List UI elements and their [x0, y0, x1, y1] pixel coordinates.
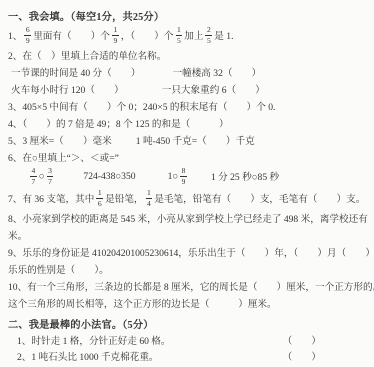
fraction: 19 — [112, 26, 119, 44]
question-3: 3、405×5 中间有（ ）个 0；240×5 的积末尾有（ ）个 0. — [8, 97, 372, 114]
question-10-line-2: 这个三角形的周长相等，这个正方形的边长是（ ）厘米。 — [8, 294, 372, 311]
question-text: 一只大象重约 6（ ） — [162, 82, 265, 96]
spacer — [124, 88, 162, 89]
fraction-numerator: 1 — [176, 26, 183, 36]
fraction-denominator: 7 — [30, 178, 37, 186]
question-7: 7、有 36 支笔，其中16是铅笔，14是毛笔，铅笔有（ ）支，毛笔有（ ）支。 — [8, 187, 372, 209]
fraction-denominator: 9 — [24, 37, 31, 45]
section-2-questions: 1、时针走 1 格，分针正好走 60 格。（ ）2、1 吨石头比 1000 千克… — [8, 332, 372, 364]
fraction: 89 — [180, 167, 187, 185]
judge-1: 1、时针走 1 格，分针正好走 60 格。（ ） — [8, 332, 372, 348]
question-text: 1、 — [8, 28, 22, 42]
question-text: 火车每小时行 120（ ） — [11, 82, 124, 96]
answer-bracket: （ ） — [283, 333, 321, 347]
fraction-numerator: 6 — [24, 26, 31, 36]
spacer — [189, 176, 211, 177]
fraction-numerator: 1 — [146, 189, 153, 199]
fraction-numerator: 3 — [47, 167, 54, 177]
fraction-denominator: 5 — [205, 37, 212, 45]
fraction-denominator: 5 — [176, 37, 183, 45]
fraction-numerator: 4 — [30, 167, 37, 177]
fraction: 15 — [176, 26, 183, 44]
judge-2: 2、1 吨石头比 1000 千克棉花重。（ ） — [8, 348, 372, 364]
fraction: 37 — [47, 167, 54, 185]
question-text: 10、有一个三角形，三条边的长都是 8 厘米，它的周长是（ ）厘米，一个正方形的… — [8, 279, 374, 293]
fraction: 14 — [146, 189, 153, 207]
question-5: 5、3 厘米=（ ）毫米1 吨-450 千克=（ ）千克 — [8, 131, 372, 148]
question-1: 1、69里面有（ ）个19，（ ）个15加上25是 1. — [8, 24, 372, 46]
question-text: 是铅笔， — [105, 191, 143, 205]
fraction-numerator: 2 — [205, 26, 212, 36]
question-6-compare-row: 47○37724-438○3501○891 分 25 秒○85 秒 — [8, 165, 372, 187]
fraction-denominator: 7 — [47, 178, 54, 186]
question-8-line-1: 8、小亮家到学校的距离是 545 米，小亮从家到学校上学已经走了 498 米，离… — [8, 209, 372, 226]
question-text: 724-438○350 — [83, 171, 135, 182]
judge-statement: 1、时针走 1 格，分针正好走 60 格。 — [17, 333, 171, 347]
question-2-units-row-2: 火车每小时行 120（ ）一只大象重约 6（ ） — [8, 80, 372, 97]
section-2-title: 二、我是最棒的小法官。（5分） — [8, 314, 372, 332]
answer-bracket: （ ） — [283, 349, 321, 363]
question-text: 这个三角形的周长相等，这个正方形的边长是（ ）厘米。 — [8, 296, 277, 310]
question-10-line-1: 10、有一个三角形，三条边的长都是 8 厘米，它的周长是（ ）厘米，一个正方形的… — [8, 277, 372, 294]
question-text: 一节课的时间是 40 分（ ） — [11, 65, 141, 79]
spacer — [112, 139, 136, 140]
question-4: 4、（ ）的 7 倍是 49；8 个 125 的和是（ ） — [8, 114, 372, 131]
section-1-title: 一、我会填。（每空1分，共25分） — [8, 6, 372, 24]
fraction-denominator: 9 — [180, 178, 187, 186]
question-text: 加上 — [184, 28, 203, 42]
section-1-questions: 1、69里面有（ ）个19，（ ）个15加上25是 1.2、在（ ）里填上合适的… — [8, 24, 372, 311]
fraction-denominator: 9 — [112, 37, 119, 45]
question-text: 乐乐的性别是（ ）。 — [8, 262, 109, 276]
question-9-line-1: 9、乐乐的身份证是 410204201005230614，乐乐出生于（ ）年，（… — [8, 243, 372, 260]
question-text: 2、在（ ）里填上合适的单位名称。 — [8, 48, 166, 62]
question-text: ○ — [39, 171, 45, 182]
question-text: 6、在○里填上“＞、＜或=” — [8, 150, 119, 164]
question-text: 8、小亮家到学校的距离是 545 米，小亮从家到学校上学已经走了 498 米，离… — [8, 211, 374, 225]
question-8-line-2: 米。 — [8, 226, 372, 243]
question-text: 1 分 25 秒○85 秒 — [211, 169, 279, 183]
fraction: 47 — [30, 167, 37, 185]
spacer — [141, 71, 173, 72]
question-text: 5、3 厘米=（ ）毫米 — [8, 133, 112, 147]
math-worksheet-page: 一、我会填。（每空1分，共25分） 1、69里面有（ ）个19，（ ）个15加上… — [0, 0, 374, 367]
fraction-numerator: 1 — [112, 26, 119, 36]
question-2: 2、在（ ）里填上合适的单位名称。 — [8, 46, 372, 63]
fraction: 16 — [96, 189, 103, 207]
fraction-numerator: 8 — [180, 167, 187, 177]
question-text: 里面有（ ）个 — [33, 28, 110, 42]
fraction-numerator: 1 — [96, 189, 103, 199]
fraction: 69 — [24, 26, 31, 44]
question-text: 1 吨-450 千克=（ ）千克 — [136, 133, 255, 147]
question-text: 9、乐乐的身份证是 410204201005230614，乐乐出生于（ ）年，（… — [8, 245, 374, 259]
question-6: 6、在○里填上“＞、＜或=” — [8, 148, 372, 165]
fraction-denominator: 6 — [96, 200, 103, 208]
question-text: 一幢楼高 32（ ） — [173, 65, 262, 79]
spacer — [136, 176, 168, 177]
question-2-units-row-1: 一节课的时间是 40 分（ ）一幢楼高 32（ ） — [8, 63, 372, 80]
question-text: 米。 — [8, 228, 27, 242]
fraction: 25 — [205, 26, 212, 44]
question-text: ，（ ）个 — [121, 28, 174, 42]
question-9-line-2: 乐乐的性别是（ ）。 — [8, 260, 372, 277]
question-text: 7、有 36 支笔，其中 — [8, 191, 94, 205]
question-text: 3、405×5 中间有（ ）个 0；240×5 的积末尾有（ ）个 0. — [8, 99, 275, 113]
question-text: 是毛笔，铅笔有（ ）支，毛笔有（ ）支。 — [154, 191, 365, 205]
question-text: 是 1. — [214, 28, 233, 42]
judge-statement: 2、1 吨石头比 1000 千克棉花重。 — [17, 349, 159, 363]
question-text: 4、（ ）的 7 倍是 49；8 个 125 的和是（ ） — [8, 116, 229, 130]
question-text: 1○ — [168, 171, 179, 182]
spacer — [55, 176, 83, 177]
fraction-denominator: 4 — [146, 200, 153, 208]
